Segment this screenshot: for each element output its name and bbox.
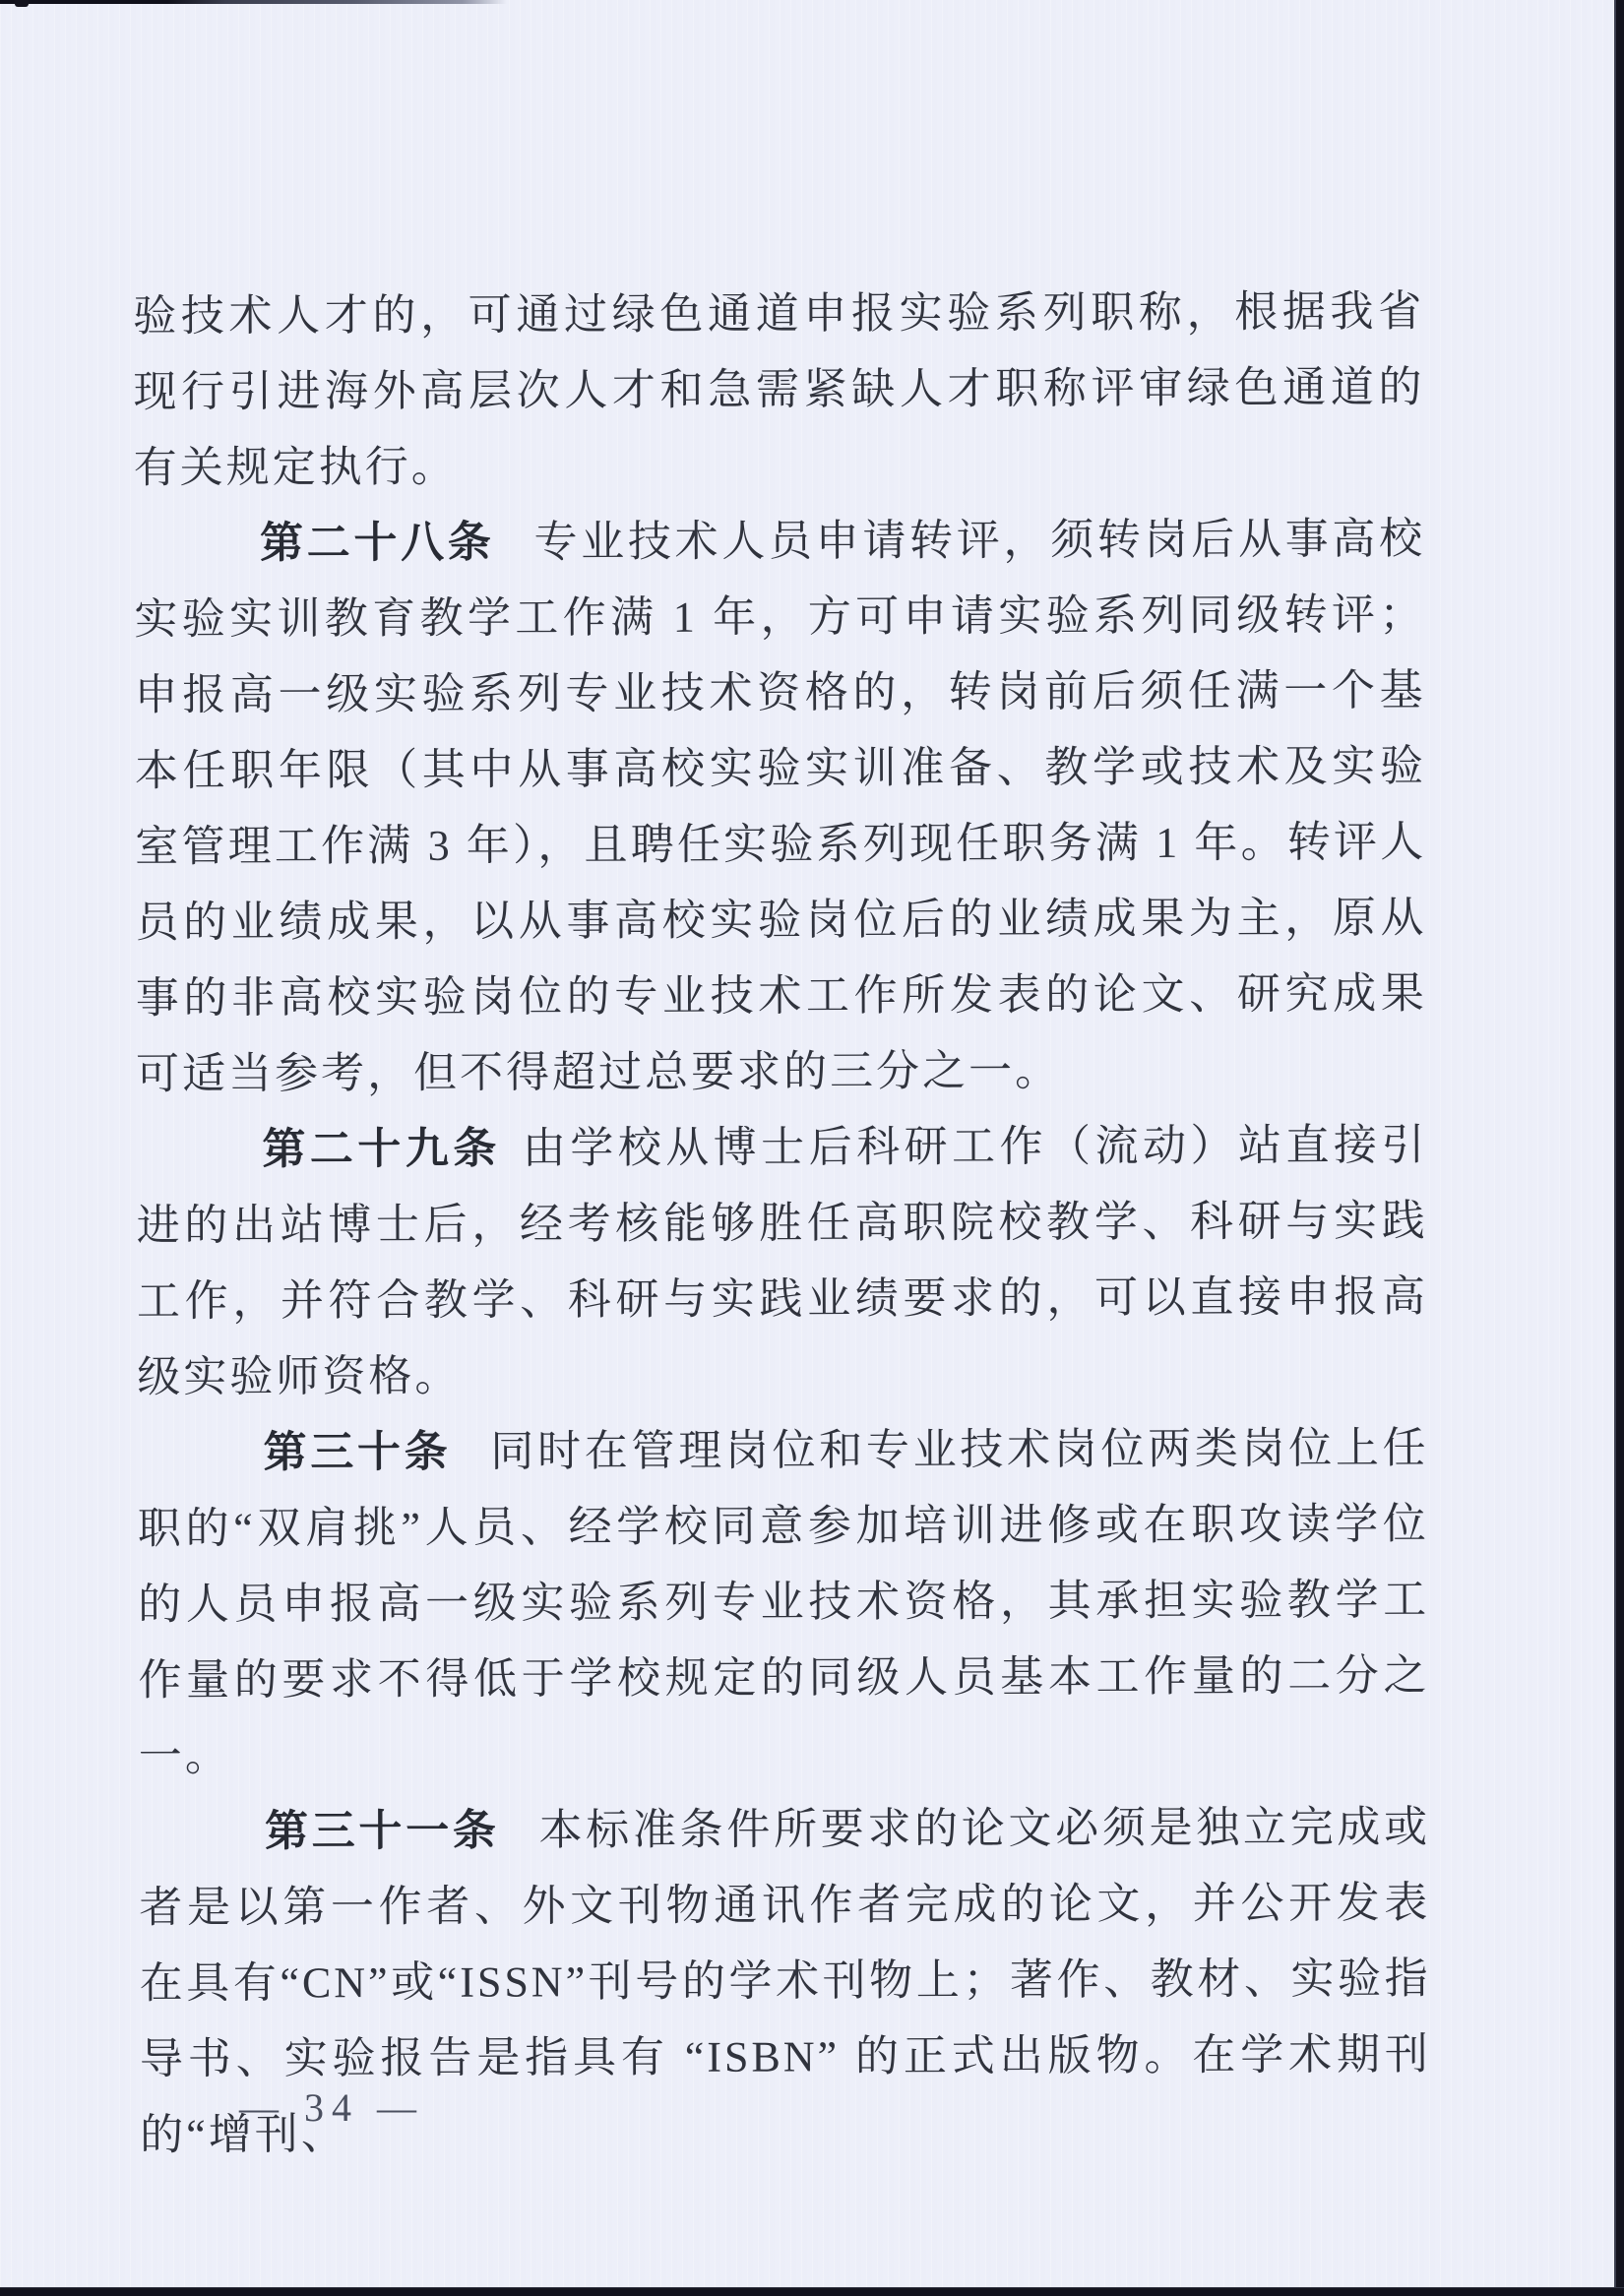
document-page: 验技术人才的，可通过绿色通道申报实验系列职称，根据我省现行引进海外高层次人才和急… [0, 0, 1624, 2296]
paragraph-article-30: 第三十条同时在管理岗位和专业技术岗位两类岗位上任职的“双肩挑”人员、经学校同意参… [137, 1410, 1429, 1794]
paragraph-article-29: 第二十九条由学校从博士后科研工作（流动）站直接引进的出站博士后，经考核能够胜任高… [136, 1107, 1428, 1415]
article-number: 第二十九条 [262, 1125, 501, 1174]
scan-edge-right [1614, 0, 1624, 2296]
page-number: — 34 — [239, 2084, 424, 2131]
scan-edge-bottom [0, 2287, 1624, 2296]
document-body: 验技术人才的，可通过绿色通道申报实验系列职称，根据我省现行引进海外高层次人才和急… [133, 274, 1431, 2173]
paragraph-text: 专业技术人员申请转评，须转岗后从事高校实验实训教育教学工作满 1 年，方可申请实… [134, 515, 1427, 1098]
article-number: 第二十八条 [260, 519, 495, 568]
scan-edge-top-mark [15, 0, 29, 7]
article-number: 第三十条 [263, 1428, 451, 1477]
article-number: 第三十一条 [265, 1807, 500, 1856]
paragraph-text: 同时在管理岗位和专业技术岗位两类岗位上任职的“双肩挑”人员、经学校同意参加培训进… [138, 1424, 1430, 1780]
paragraph-continuation: 验技术人才的，可通过绿色通道申报实验系列职称，根据我省现行引进海外高层次人才和急… [133, 274, 1425, 506]
paragraph-article-28: 第二十八条专业技术人员申请转评，须转岗后从事高校实验实训教育教学工作满 1 年，… [134, 501, 1427, 1112]
paragraph-text: 验技术人才的，可通过绿色通道申报实验系列职称，根据我省现行引进海外高层次人才和急… [133, 287, 1424, 492]
scan-edge-top-left [0, 0, 507, 4]
